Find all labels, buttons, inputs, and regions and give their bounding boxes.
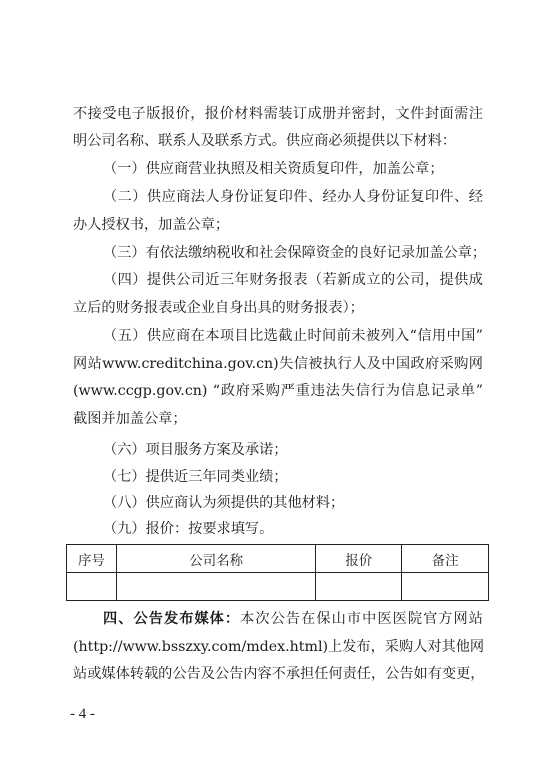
cell-company-name: [116, 573, 315, 601]
section-4-line-3: 站或媒体转载的公告及公告内容不承担任何责任，公告如有变更，: [73, 663, 483, 685]
quote-table: 序号 公司名称 报价 备注: [66, 544, 489, 601]
list-item-5-cont: 网站www.creditchina.gov.cn)失信被执行人及中国政府采购网: [73, 353, 483, 375]
document-page: 不接受电子版报价，报价材料需装订成册并密封，文件封面需注 明公司名称、联系人及联…: [0, 0, 548, 782]
list-item-3: （三）有依法缴纳税收和社会保障资金的良好记录加盖公章；: [103, 242, 483, 264]
list-item-4-cont: 立后的财务报表或企业自身出具的财务报表）；: [73, 297, 483, 319]
paragraph-line: 不接受电子版报价，报价材料需装订成册并密封，文件封面需注: [73, 103, 483, 125]
header-remark: 备注: [402, 545, 489, 573]
list-item-6: （六）项目服务方案及承诺；: [103, 439, 483, 461]
cell-remark: [402, 573, 489, 601]
table-row: [67, 573, 489, 601]
list-item-5: （五）供应商在本项目比选截止时间前未被列入“信用中国”: [103, 325, 483, 347]
header-price: 报价: [316, 545, 402, 573]
table-header-row: 序号 公司名称 报价 备注: [67, 545, 489, 573]
paragraph-line: 明公司名称、联系人及联系方式。供应商必须提供以下材料：: [73, 130, 483, 152]
list-item-4: （四）提供公司近三年财务报表（若新成立的公司，提供成: [103, 269, 483, 291]
list-item-2-cont: 办人授权书，加盖公章；: [73, 214, 483, 236]
section-4-line-1: 四、公告发布媒体：本次公告在保山市中医医院官方网站: [103, 608, 483, 630]
list-item-8: （八）供应商认为须提供的其他材料；: [103, 492, 483, 514]
header-company-name: 公司名称: [116, 545, 315, 573]
page-number: - 4 -: [70, 706, 95, 723]
cell-index: [67, 573, 117, 601]
header-index: 序号: [67, 545, 117, 573]
list-item-2: （二）供应商法人身份证复印件、经办人身份证复印件、经: [103, 186, 483, 208]
list-item-5-cont: 截图并加盖公章；: [73, 408, 483, 430]
list-item-1: （一）供应商营业执照及相关资质复印件，加盖公章；: [103, 158, 483, 180]
cell-price: [316, 573, 402, 601]
list-item-7: （七）提供近三年同类业绩；: [103, 466, 483, 488]
section-4-line-2: (http://www.bsszxy.com/mdex.html)上发布，采购人…: [73, 636, 483, 658]
section-4-heading: 四、公告发布媒体：: [103, 611, 240, 627]
list-item-9: （九）报价：按要求填写。: [103, 518, 483, 540]
section-4-text: 本次公告在保山市中医医院官方网站: [240, 611, 483, 627]
list-item-5-cont: (www.ccgp.gov.cn) “政府采购严重违法失信行为信息记录单”: [73, 380, 483, 402]
